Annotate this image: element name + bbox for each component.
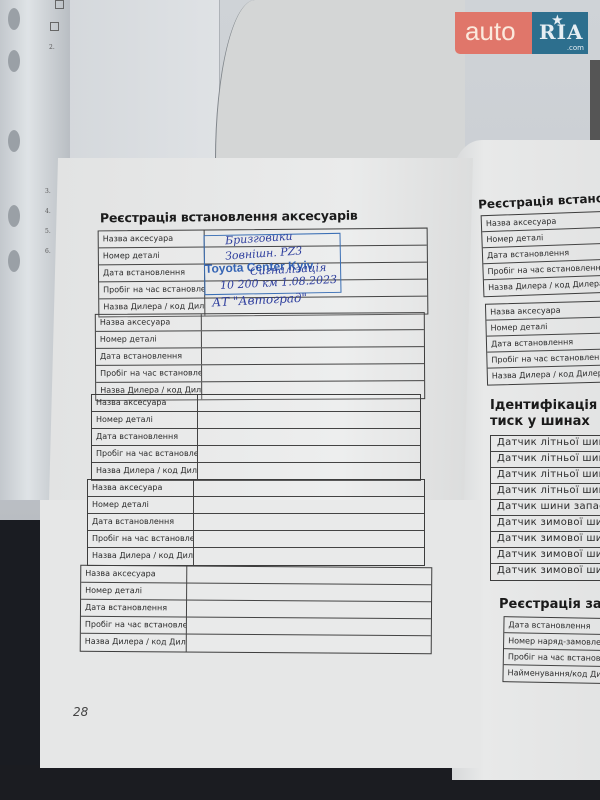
logo-com-text: .com [567, 44, 584, 52]
punch-hole [8, 8, 20, 30]
form-value-field[interactable] [187, 635, 431, 654]
accessory-form-2: Назва аксесуара Номер деталі Дата встано… [95, 312, 425, 401]
curled-paper-sheet [215, 0, 465, 165]
form-value-field[interactable] [198, 429, 420, 445]
form-value-field[interactable] [194, 480, 424, 496]
form-row: Номер деталі [88, 497, 424, 514]
form-label: Пробіг на час встановлення [92, 446, 198, 462]
tire-sensor-row: Датчик літньої шини [491, 436, 600, 452]
form-row: Дата встановлення [88, 514, 424, 531]
form-label: Назва Дилера / код Дилера [88, 548, 194, 565]
tire-sensor-list: Датчик літньої шини Датчик літньої шини … [490, 435, 600, 581]
form-label: Пробіг на час встановлення [88, 531, 194, 547]
form-value-field[interactable] [187, 567, 431, 585]
right-accessory-form-2: Назва аксесуара Номер деталі Дата встано… [485, 300, 600, 385]
form-row: Дата встановлення [92, 429, 420, 446]
page-number: 28 [73, 705, 88, 719]
form-value-field[interactable] [194, 497, 424, 513]
form-label: Назва аксесуара [81, 566, 187, 583]
form-value-field[interactable] [202, 347, 424, 364]
form-label: Назва аксесуара [99, 231, 205, 248]
form-row: Назва Дилера / код Дилера [92, 463, 420, 480]
form-label: Номер деталі [92, 412, 198, 428]
form-value-field[interactable] [187, 584, 431, 602]
form-label: Дата встановлення [96, 348, 202, 365]
form-value-field[interactable] [202, 330, 424, 347]
form-label: Номер деталі [96, 331, 202, 348]
form-value-field[interactable] [194, 548, 424, 565]
form-row: Номер деталі [96, 330, 424, 349]
logo-auto-part: auto [455, 12, 532, 54]
tpms-title-line1: Ідентифікація (ID к [490, 398, 600, 413]
punch-hole [8, 130, 20, 152]
sheet-item-number: 6. [45, 248, 51, 255]
punch-hole [8, 50, 20, 72]
tire-sensor-row: Датчик літньої шини [491, 452, 600, 468]
form-row: Назва аксесуара [96, 313, 424, 332]
form-value-field[interactable] [187, 601, 431, 619]
form-value-field[interactable] [194, 514, 424, 530]
tire-sensor-row: Датчик зимової шин [491, 548, 600, 564]
form-label: Пробіг на час встановлення [81, 617, 187, 634]
form-value-field[interactable] [198, 446, 420, 462]
form-label: Назва аксесуара [92, 395, 198, 411]
page-title: Реєстрація встановлення аксесуарів [100, 208, 358, 226]
logo-ria-part: ★ RIA .com [532, 12, 588, 54]
form-label: Пробіг на час встанов [504, 649, 600, 667]
tire-sensor-row: Датчик літньої шини [491, 484, 600, 500]
form-label: Номер деталі [99, 248, 205, 265]
form-value-field[interactable] [198, 412, 420, 428]
form-row: Номер деталі [92, 412, 420, 429]
form-label: Дата встановлення [88, 514, 194, 530]
form-label: Пробіг на час встановлення [99, 282, 205, 299]
form-label: Номер деталі [81, 583, 187, 600]
tire-sensor-row: Датчик зимової шин [491, 564, 600, 580]
form-label: Найменування/код Ди [503, 665, 600, 683]
form-row: Пробіг на час встановлення [88, 531, 424, 548]
form-label: Назва Дилера / код Дилера [488, 365, 600, 384]
punch-hole [8, 205, 20, 227]
tpms-title-line2: тиск у шинах [490, 414, 590, 429]
form-row: Дата встановлення [96, 347, 424, 366]
form-value-field[interactable] [198, 463, 420, 480]
form-label: Назва Дилера / код Дилера [484, 276, 600, 296]
accessory-form-3: Назва аксесуара Номер деталі Дата встано… [91, 394, 421, 481]
form-value-field[interactable] [202, 364, 424, 381]
form-label: Дата встановлення [99, 265, 205, 282]
form-label: Назва Дилера / код Дилера [81, 634, 187, 652]
replacement-form: Дата встановлення Номер наряд-замовлен П… [502, 616, 600, 684]
checkbox-mark [50, 22, 59, 31]
replacement-title: Реєстрація замін [499, 597, 600, 612]
form-label: Дата встановлення [504, 617, 600, 635]
sheet-item-number: 3. [45, 188, 51, 195]
form-label: Дата встановлення [92, 429, 198, 445]
sheet-item-number: 4. [45, 208, 51, 215]
form-row: Назва аксесуара [92, 395, 420, 412]
tire-sensor-row: Датчик зимової шин [491, 532, 600, 548]
checkbox-mark [55, 0, 64, 9]
sheet-item-number: 5. [45, 228, 51, 235]
accessory-form-5: Назва аксесуара Номер деталі Дата встано… [80, 565, 433, 654]
form-label: Дата встановлення [81, 600, 187, 617]
form-value-field[interactable] [194, 531, 424, 547]
star-icon: ★ [552, 13, 564, 27]
tire-sensor-row: Датчик зимової шин [491, 516, 600, 532]
form-value-field[interactable] [187, 618, 431, 636]
accessory-form-4: Назва аксесуара Номер деталі Дата встано… [87, 479, 425, 566]
form-label: Назва аксесуара [88, 480, 194, 496]
form-value-field[interactable] [202, 313, 424, 330]
autoria-watermark-logo: auto ★ RIA .com [455, 12, 588, 54]
form-row: Назва Дилера / код Дилера [88, 548, 424, 565]
punch-hole [8, 250, 20, 272]
form-row: Пробіг на час встановлення [96, 364, 424, 383]
form-row: Пробіг на час встановлення [92, 446, 420, 463]
form-label: Номер деталі [88, 497, 194, 513]
form-row: Назва Дилера / код Дилера [81, 634, 431, 653]
form-row: Назва аксесуара [88, 480, 424, 497]
form-label: Назва Дилера / код Дилера [92, 463, 198, 480]
form-label: Назва аксесуара [96, 314, 202, 331]
right-accessory-form-1: Назва аксесуара Номер деталі Дата встано… [481, 211, 600, 297]
form-value-field[interactable] [198, 395, 420, 411]
tire-sensor-row: Датчик шини запасн [491, 500, 600, 516]
form-label: Номер наряд-замовлен [504, 633, 600, 651]
form-label: Пробіг на час встановлення [96, 365, 202, 382]
sheet-item-number: 2. [49, 44, 55, 51]
tire-sensor-row: Датчик літньої шини [491, 468, 600, 484]
